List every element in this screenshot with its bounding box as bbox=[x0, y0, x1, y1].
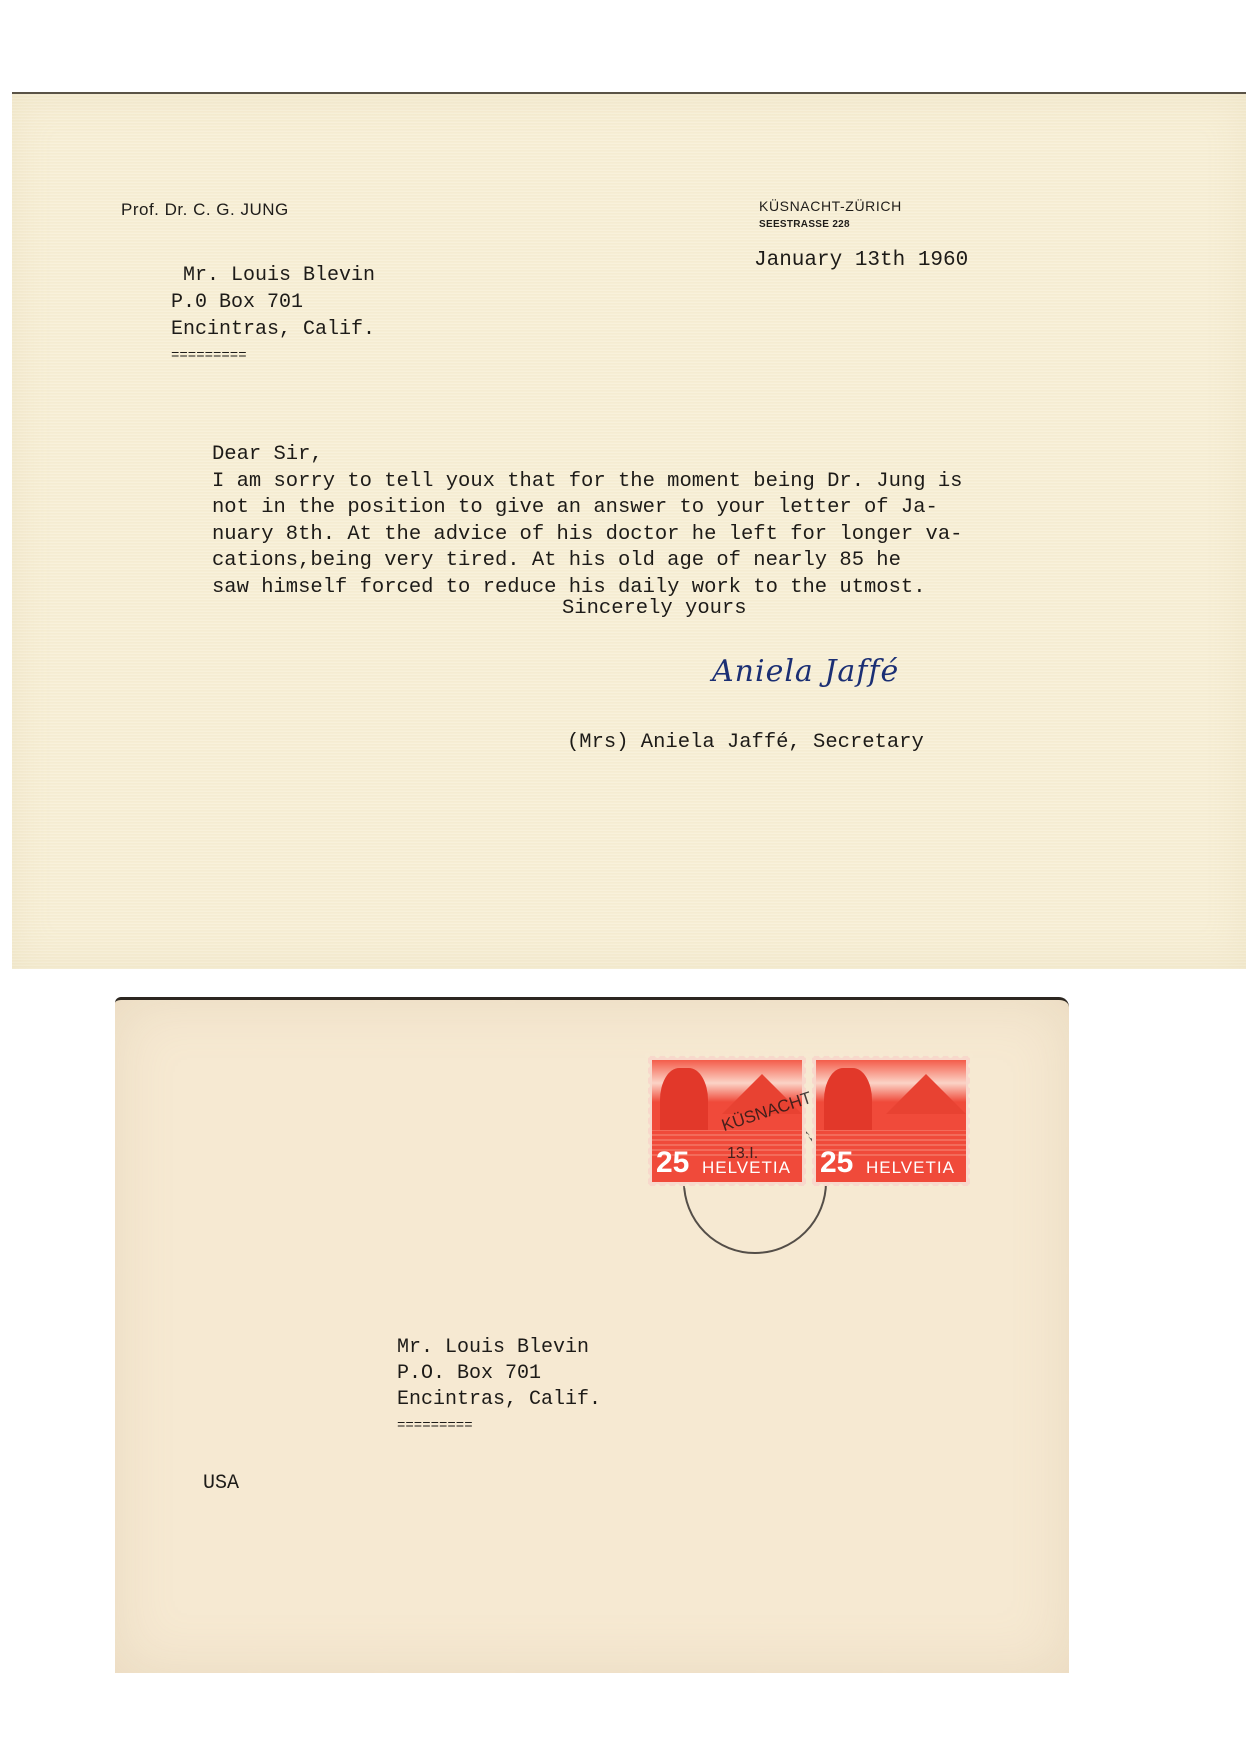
letter-body: Dear Sir,I am sorry to tell youx that fo… bbox=[212, 442, 962, 601]
recipient-name: Mr. Louis Blevin bbox=[171, 262, 375, 289]
recipient-city: Encintras, Calif. bbox=[171, 316, 375, 343]
salutation: Dear Sir, bbox=[212, 442, 962, 469]
body-line: nuary 8th. At the advice of his doctor h… bbox=[212, 522, 962, 549]
recipient-address: Mr. Louis BlevinP.0 Box 701Encintras, Ca… bbox=[171, 262, 375, 370]
letterhead-address: KÜSNACHT-ZÜRICH SEESTRASSE 228 bbox=[759, 198, 902, 230]
letter-date: January 13th 1960 bbox=[754, 249, 968, 272]
postmark-date: 13.I. bbox=[727, 1145, 758, 1163]
recipient-box: P.0 Box 701 bbox=[171, 289, 375, 316]
body-line: I am sorry to tell youx that for the mom… bbox=[212, 469, 962, 496]
stamp-country: HELVETIA bbox=[866, 1159, 955, 1176]
recipient-underline: ========= bbox=[171, 343, 375, 370]
postage-stamp: 25 HELVETIA bbox=[812, 1056, 970, 1186]
stamp-value: 25 bbox=[820, 1148, 853, 1178]
handwritten-signature: Aniela Jaffé bbox=[712, 654, 899, 689]
body-line: cations,being very tired. At his old age… bbox=[212, 548, 962, 575]
envelope-recipient-name: Mr. Louis Blevin bbox=[397, 1335, 601, 1361]
body-line: not in the position to give an answer to… bbox=[212, 495, 962, 522]
envelope-underline: ========= bbox=[397, 1413, 601, 1439]
letterhead-name: Prof. Dr. C. G. JUNG bbox=[121, 200, 289, 220]
envelope: 25 HELVETIA 25 HELVETIA KÜSNACHT 13.I. M… bbox=[115, 997, 1069, 1673]
letterhead-city: KÜSNACHT-ZÜRICH bbox=[759, 198, 902, 214]
letterhead-street: SEESTRASSE 228 bbox=[759, 219, 902, 230]
envelope-country: USA bbox=[203, 1472, 239, 1495]
stamp-value: 25 bbox=[656, 1148, 689, 1178]
envelope-recipient-city: Encintras, Calif. bbox=[397, 1387, 601, 1413]
closing: Sincerely yours bbox=[562, 597, 747, 620]
stamps: 25 HELVETIA 25 HELVETIA bbox=[648, 1056, 970, 1186]
letter-sheet: Prof. Dr. C. G. JUNG KÜSNACHT-ZÜRICH SEE… bbox=[12, 92, 1246, 969]
envelope-recipient-box: P.O. Box 701 bbox=[397, 1361, 601, 1387]
mountain-icon bbox=[886, 1074, 966, 1114]
signer-line: (Mrs) Aniela Jaffé, Secretary bbox=[567, 731, 924, 754]
envelope-address: Mr. Louis BlevinP.O. Box 701Encintras, C… bbox=[397, 1335, 601, 1439]
